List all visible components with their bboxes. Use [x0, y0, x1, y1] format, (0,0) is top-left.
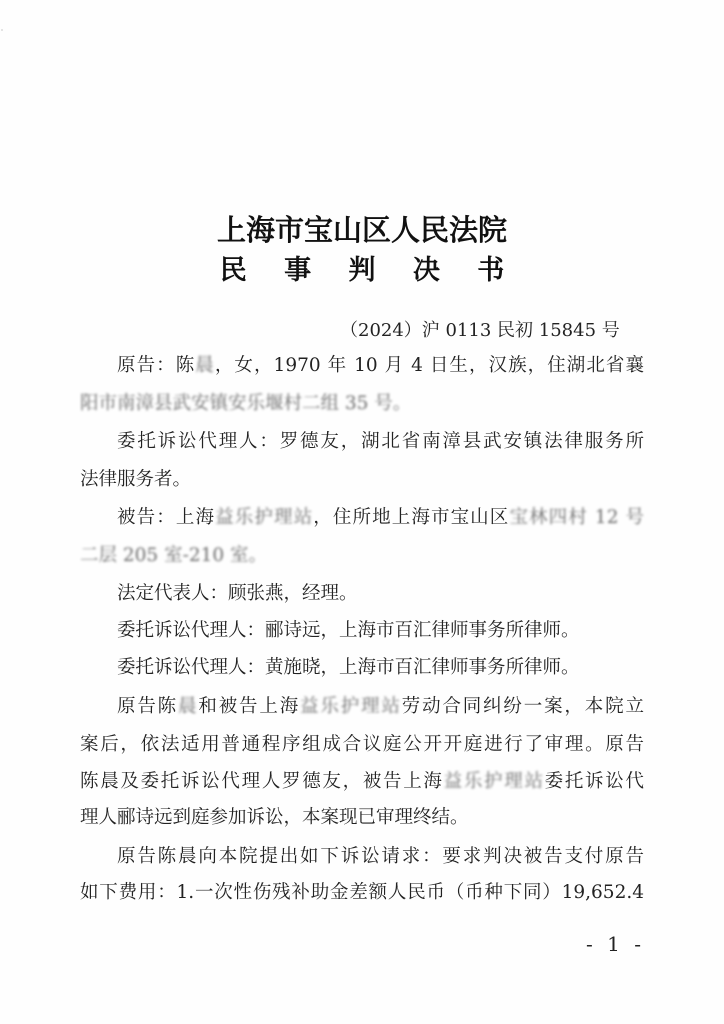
document-type-heading: 民 事 判 决 书 — [0, 248, 724, 287]
text-fragment: 原告陈 — [117, 696, 178, 717]
defendant-label: 被告：上海 — [117, 507, 215, 528]
text-fragment: 和被告上海 — [198, 696, 300, 717]
text-fragment: 劳动合同纠纷一案，本院立 — [402, 696, 644, 717]
page-number: - 1 - — [586, 932, 645, 956]
paragraph-2-line-2: 如下费用：1.一次性伤残补助金差额人民币（币种下同）19,652.4 — [80, 881, 644, 905]
plaintiff-line-1: 原告：陈晨，女，1970 年 10 月 4 日生，汉族，住湖北省襄 — [117, 354, 644, 378]
redacted-defendant-name: 益乐护理站 — [215, 507, 313, 528]
paragraph-2-line-1: 原告陈晨向本院提出如下诉讼请求：要求判决被告支付原告 — [117, 845, 644, 869]
redacted-defendant-address-1: 宝林四村 12 号 — [509, 507, 644, 528]
defendant-agent-2-line: 委托诉讼代理人：黄施晓，上海市百汇律师事务所律师。 — [117, 656, 644, 680]
defendant-agent-1-line: 委托诉讼代理人：郦诗远，上海市百汇律师事务所律师。 — [117, 619, 644, 643]
defendant-line-1: 被告：上海益乐护理站，住所地上海市宝山区宝林四村 12 号 — [117, 506, 644, 530]
plaintiff-line-2: 阳市南漳县武安镇安乐堰村二组 35 号。 — [80, 392, 644, 416]
case-number: （2024）沪 0113 民初 15845 号 — [340, 316, 620, 342]
redacted-plaintiff-name: 晨 — [195, 355, 215, 376]
text-fragment: 委托诉讼代 — [545, 771, 644, 792]
paragraph-1-line-3: 陈晨及委托诉讼代理人罗德友，被告上海益乐护理站委托诉讼代 — [80, 770, 644, 794]
paragraph-1-line-1: 原告陈晨和被告上海益乐护理站劳动合同纠纷一案，本院立 — [117, 695, 644, 719]
plaintiff-details: ，女，1970 年 10 月 4 日生，汉族，住湖北省襄 — [215, 355, 644, 376]
defendant-line-2: 二层 205 室-210 室。 — [80, 544, 644, 568]
paragraph-1-line-2: 案后，依法适用普通程序组成合议庭公开开庭进行了审理。原告 — [80, 733, 644, 757]
defendant-address-label: ，住所地上海市宝山区 — [313, 507, 509, 528]
paragraph-1-line-4: 理人郦诗远到庭参加诉讼，本案现已审理终结。 — [80, 806, 644, 830]
redacted-plaintiff-name: 晨 — [178, 696, 198, 717]
redacted-defendant-name: 益乐护理站 — [444, 771, 545, 792]
plaintiff-label: 原告：陈 — [117, 355, 195, 376]
plaintiff-agent-line-1: 委托诉讼代理人：罗德友，湖北省南漳县武安镇法律服务所 — [117, 430, 644, 454]
redacted-plaintiff-address: 阳市南漳县武安镇安乐堰村二组 35 号。 — [80, 393, 411, 414]
document-page: 上海市宝山区人民法院 民 事 判 决 书 （2024）沪 0113 民初 158… — [0, 0, 724, 1024]
redacted-defendant-address-2: 二层 205 室-210 室。 — [80, 545, 267, 566]
court-name-heading: 上海市宝山区人民法院 — [0, 208, 724, 249]
legal-representative-line: 法定代表人：顾张燕，经理。 — [117, 582, 644, 606]
text-fragment: 陈晨及委托诉讼代理人罗德友，被告上海 — [80, 771, 444, 792]
redacted-defendant-name: 益乐护理站 — [300, 696, 402, 717]
scan-artifact — [1, 29, 3, 31]
plaintiff-agent-line-2: 法律服务者。 — [80, 468, 644, 492]
